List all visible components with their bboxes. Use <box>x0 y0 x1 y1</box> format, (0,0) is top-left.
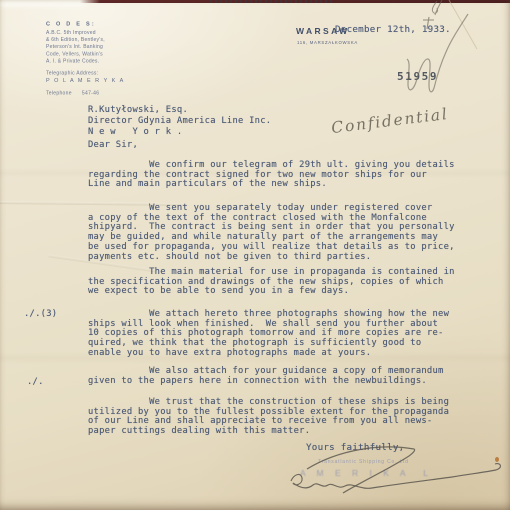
rust-fleck <box>495 457 499 462</box>
cutoff-letterhead-fragment <box>210 0 334 3</box>
margin-enclosure-note-1: ./.(3) <box>24 310 57 320</box>
body-paragraph-6: We trust that the construction of these … <box>88 398 449 437</box>
scanned-letter-page: C O D E S: A.B.C. 5th Improved & 6th Edi… <box>0 0 510 510</box>
received-number-stamp: 51959 <box>397 70 438 83</box>
valediction: Yours faithfully, <box>306 443 404 453</box>
telegraphic-address-label: Telegraphic Address: <box>46 71 176 77</box>
body-paragraph-4: We attach hereto three photographs showi… <box>88 310 449 359</box>
body-paragraph-2: We sent you separately today under regis… <box>88 204 455 262</box>
letterhead-street: 116, MARSZAŁKOWSKA <box>297 40 419 50</box>
typed-date: December 12th, 1933. <box>335 25 451 35</box>
recipient-address-block: R.Kutyłowski, Esq. Director Gdynia Ameri… <box>88 105 271 137</box>
body-paragraph-1: We confirm our telegram of 29th ult. giv… <box>88 161 455 190</box>
salutation: Dear Sir, <box>88 141 138 151</box>
telegraphic-address-value: P O L A M E R Y K A <box>46 78 176 84</box>
handwritten-confidential-note: Confidential <box>330 105 449 137</box>
body-paragraph-5: We also attach for your guidance a copy … <box>88 367 444 386</box>
crease-stroke-top-right <box>449 0 477 49</box>
codes-list: A.B.C. 5th Improved & 6th Edition, Bentl… <box>46 30 176 66</box>
telephone-line: Telephone 547-46 <box>46 91 176 97</box>
company-stamp-line-2: A M E R I K A L <box>300 468 432 478</box>
body-paragraph-3: The main material for use in propaganda … <box>88 268 455 297</box>
codes-title: C O D E S: <box>46 21 176 27</box>
scan-corner-highlight <box>0 0 86 7</box>
margin-enclosure-note-2: ./. <box>27 378 44 388</box>
